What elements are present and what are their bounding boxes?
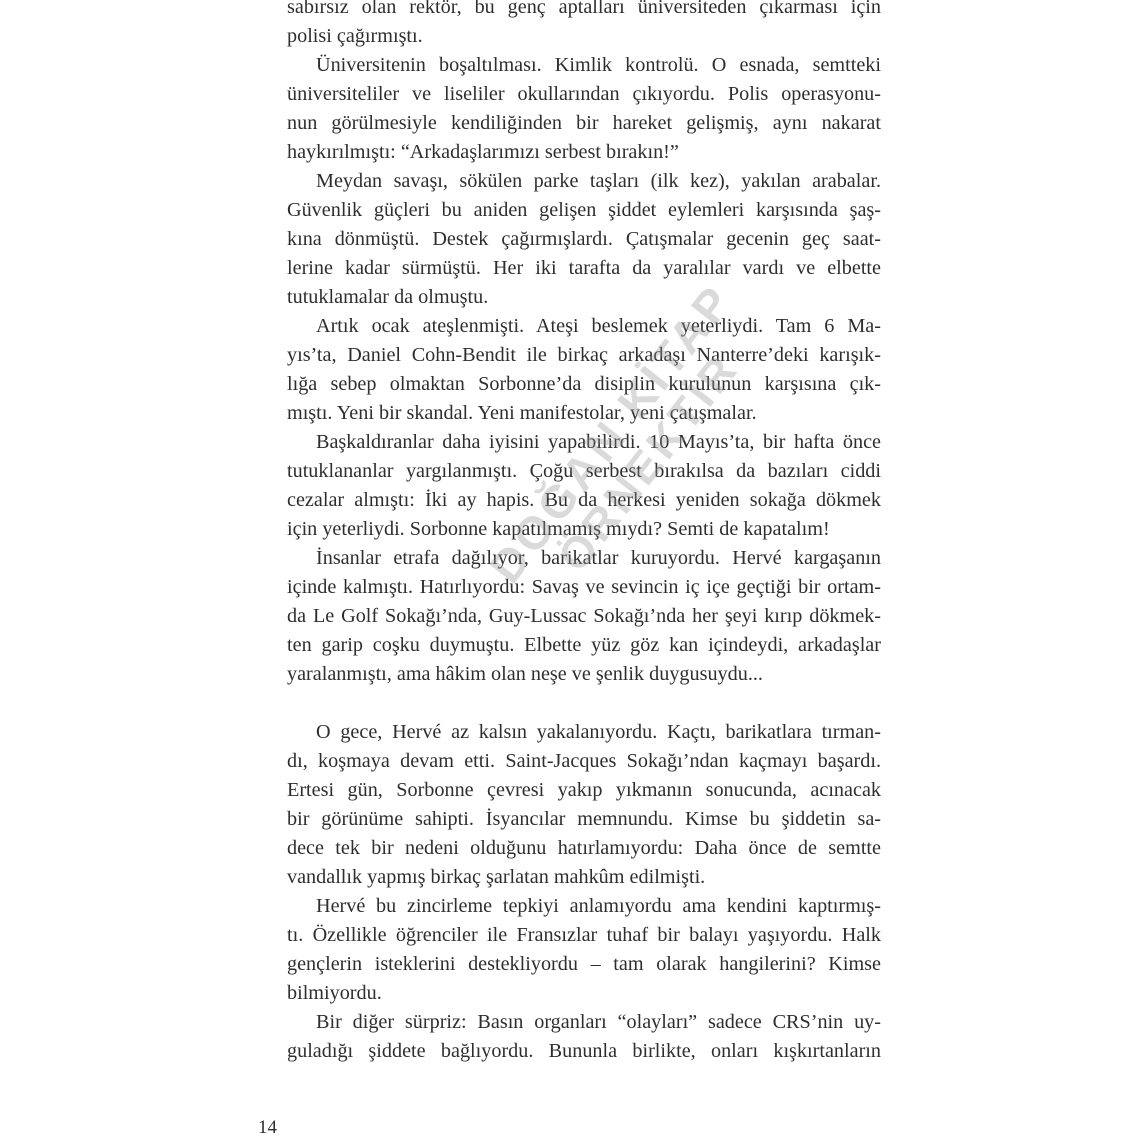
text-line: polisi çağırmıştı. bbox=[258, 22, 881, 51]
text-line: bilmiyordu. bbox=[258, 979, 881, 1008]
paragraph: İnsanlar etrafa dağılıyor, barikatlar ku… bbox=[258, 544, 881, 689]
text-line: Hervé bu zincirleme tepkiyi anlamıyordu … bbox=[258, 892, 881, 921]
section-2: O gece, Hervé az kalsın yakalanıyordu. K… bbox=[258, 718, 881, 1066]
text-line: içinde kalmıştı. Hatırlıyordu: Savaş ve … bbox=[258, 573, 881, 602]
text-line: lığa sebep olmaktan Sorbonne’da disiplin… bbox=[258, 370, 881, 399]
text-line: tutuklananlar yargılanmıştı. Çoğu serbes… bbox=[258, 457, 881, 486]
page-number: 14 bbox=[258, 1117, 277, 1139]
text-line: sabırsız olan rektör, bu genç aptalları … bbox=[258, 0, 881, 22]
text-line: kına dönmüştü. Destek çağırmışlardı. Çat… bbox=[258, 225, 881, 254]
text-line: için yeterliydi. Sorbonne kapatılmamış m… bbox=[258, 515, 881, 544]
text-line: yıs’ta, Daniel Cohn-Bendit ile birkaç ar… bbox=[258, 341, 881, 370]
text-line: da Le Golf Sokağı’nda, Guy-Lussac Sokağı… bbox=[258, 602, 881, 631]
text-line: vandallık yapmış birkaç şarlatan mahkûm … bbox=[258, 863, 881, 892]
text-line: bir görünüme sahipti. İsyancılar memnund… bbox=[258, 805, 881, 834]
text-line: cezalar almıştı: İki ay hapis. Bu da her… bbox=[258, 486, 881, 515]
text-line: Meydan savaşı, sökülen parke taşları (il… bbox=[258, 167, 881, 196]
paragraph: Hervé bu zincirleme tepkiyi anlamıyordu … bbox=[258, 892, 881, 1008]
section-1: sabırsız olan rektör, bu genç aptalları … bbox=[258, 0, 881, 689]
text-line: dece tek bir nedeni olduğunu hatırlamıyo… bbox=[258, 834, 881, 863]
text-line: tı. Özellikle öğrenciler ile Fransızlar … bbox=[258, 921, 881, 950]
text-line: tutuklamalar da olmuştu. bbox=[258, 283, 881, 312]
text-line: Ertesi gün, Sorbonne çevresi yakıp yıkma… bbox=[258, 776, 881, 805]
text-line: gençlerin isteklerini destekliyordu – ta… bbox=[258, 950, 881, 979]
paragraph-continues: Bir diğer sürpriz: Basın organları “olay… bbox=[258, 1008, 881, 1066]
text-line: Güvenlik güçleri bu aniden gelişen şidde… bbox=[258, 196, 881, 225]
section-break bbox=[258, 689, 881, 718]
text-line: Artık ocak ateşlenmişti. Ateşi beslemek … bbox=[258, 312, 881, 341]
paragraph: Başkaldıranlar daha iyisini yapabilirdi.… bbox=[258, 428, 881, 544]
book-page-body: sabırsız olan rektör, bu genç aptalları … bbox=[258, 0, 881, 1066]
paragraph-continued: sabırsız olan rektör, bu genç aptalları … bbox=[258, 0, 881, 51]
text-line: O gece, Hervé az kalsın yakalanıyordu. K… bbox=[258, 718, 881, 747]
text-line: Üniversitenin boşaltılması. Kimlik kontr… bbox=[258, 51, 881, 80]
text-line: yaralanmıştı, ama hâkim olan neşe ve şen… bbox=[258, 660, 881, 689]
text-line: nun görülmesiyle kendiliğinden bir harek… bbox=[258, 109, 881, 138]
text-line: İnsanlar etrafa dağılıyor, barikatlar ku… bbox=[258, 544, 881, 573]
text-line: haykırılmıştı: “Arkadaşlarımızı serbest … bbox=[258, 138, 881, 167]
text-line: lerine kadar sürmüştü. Her iki tarafta d… bbox=[258, 254, 881, 283]
text-line: Bir diğer sürpriz: Basın organları “olay… bbox=[258, 1008, 881, 1037]
paragraph: Artık ocak ateşlenmişti. Ateşi beslemek … bbox=[258, 312, 881, 428]
paragraph: Meydan savaşı, sökülen parke taşları (il… bbox=[258, 167, 881, 312]
text-line: dı, koşmaya devam etti. Saint-Jacques So… bbox=[258, 747, 881, 776]
paragraph: O gece, Hervé az kalsın yakalanıyordu. K… bbox=[258, 718, 881, 892]
text-line: Başkaldıranlar daha iyisini yapabilirdi.… bbox=[258, 428, 881, 457]
text-line: guladığı şiddete bağlıyordu. Bununla bir… bbox=[258, 1037, 881, 1066]
text-line: üniversiteliler ve liseliler okullarında… bbox=[258, 80, 881, 109]
paragraph: Üniversitenin boşaltılması. Kimlik kontr… bbox=[258, 51, 881, 167]
text-line: ten garip coşku duymuştu. Elbette yüz gö… bbox=[258, 631, 881, 660]
text-line: mıştı. Yeni bir skandal. Yeni manifestol… bbox=[258, 399, 881, 428]
